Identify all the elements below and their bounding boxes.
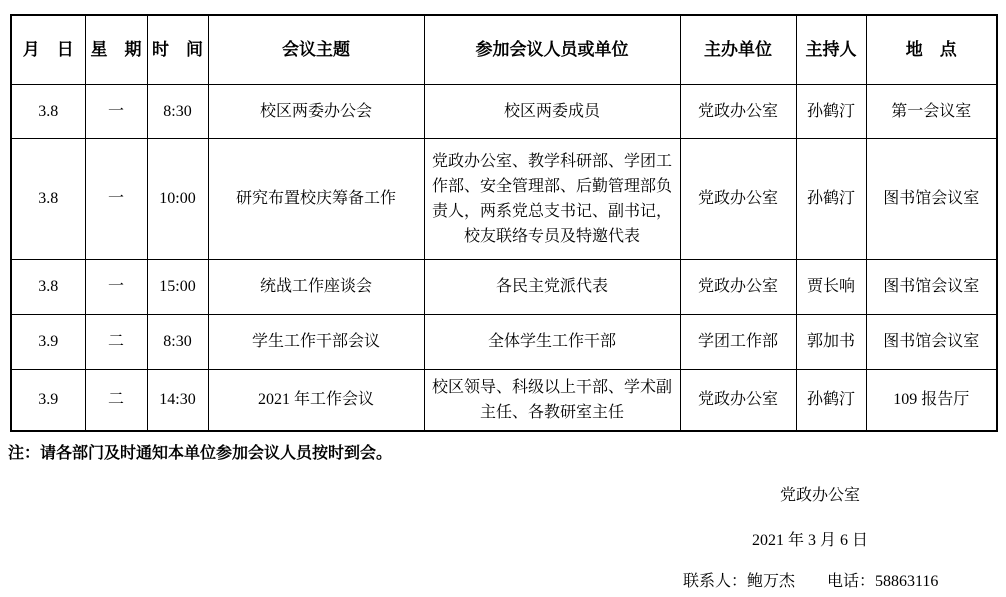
cell-time: 10:00 — [147, 138, 208, 259]
header-cell-weekday: 星 期 — [85, 15, 147, 84]
cell-date: 3.9 — [11, 314, 85, 369]
cell-host: 贾长响 — [796, 259, 866, 314]
table-row: 3.8 一 8:30 校区两委办公会 校区两委成员 党政办公室 孙鹤汀 第一会议… — [11, 84, 997, 138]
cell-date: 3.8 — [11, 84, 85, 138]
cell-time: 14:30 — [147, 369, 208, 431]
cell-date: 3.8 — [11, 259, 85, 314]
cell-participants: 各民主党派代表 — [424, 259, 680, 314]
cell-topic: 校区两委办公会 — [208, 84, 424, 138]
cell-topic: 研究布置校庆筹备工作 — [208, 138, 424, 259]
header-cell-host: 主持人 — [796, 15, 866, 84]
cell-location: 109 报告厅 — [866, 369, 997, 431]
header-cell-organizer: 主办单位 — [680, 15, 796, 84]
cell-weekday: 二 — [85, 314, 147, 369]
table-row: 3.9 二 14:30 2021 年工作会议 校区领导、科级以上干部、学术副主任… — [11, 369, 997, 431]
cell-date: 3.8 — [11, 138, 85, 259]
cell-participants: 校区领导、科级以上干部、学术副主任、各教研室主任 — [424, 369, 680, 431]
cell-topic: 统战工作座谈会 — [208, 259, 424, 314]
cell-topic: 2021 年工作会议 — [208, 369, 424, 431]
cell-time: 8:30 — [147, 314, 208, 369]
meeting-schedule-page: 月 日 星 期 时 间 会议主题 参加会议人员或单位 主办单位 主持人 地 点 … — [0, 0, 1006, 597]
meeting-schedule-table: 月 日 星 期 时 间 会议主题 参加会议人员或单位 主办单位 主持人 地 点 … — [10, 14, 998, 432]
table-row: 3.9 二 8:30 学生工作干部会议 全体学生工作干部 学团工作部 郭加书 图… — [11, 314, 997, 369]
header-cell-participants: 参加会议人员或单位 — [424, 15, 680, 84]
cell-weekday: 一 — [85, 259, 147, 314]
signature-office: 党政办公室 — [780, 482, 860, 505]
cell-location: 图书馆会议室 — [866, 259, 997, 314]
signature-contact: 联系人：鲍万杰 电话：58863116 — [683, 568, 938, 591]
signature-date: 2021 年 3 月 6 日 — [752, 527, 868, 550]
cell-time: 15:00 — [147, 259, 208, 314]
table-row: 3.8 一 10:00 研究布置校庆筹备工作 党政办公室、教学科研部、学团工作部… — [11, 138, 997, 259]
cell-organizer: 党政办公室 — [680, 84, 796, 138]
cell-time: 8:30 — [147, 84, 208, 138]
cell-host: 孙鹤汀 — [796, 84, 866, 138]
cell-host: 郭加书 — [796, 314, 866, 369]
header-cell-time: 时 间 — [147, 15, 208, 84]
cell-weekday: 一 — [85, 138, 147, 259]
cell-organizer: 党政办公室 — [680, 369, 796, 431]
cell-date: 3.9 — [11, 369, 85, 431]
cell-organizer: 学团工作部 — [680, 314, 796, 369]
cell-participants: 党政办公室、教学科研部、学团工作部、安全管理部、后勤管理部负责人，两系党总支书记… — [424, 138, 680, 259]
cell-weekday: 一 — [85, 84, 147, 138]
cell-organizer: 党政办公室 — [680, 138, 796, 259]
cell-participants: 校区两委成员 — [424, 84, 680, 138]
table-header-row: 月 日 星 期 时 间 会议主题 参加会议人员或单位 主办单位 主持人 地 点 — [11, 15, 997, 84]
cell-weekday: 二 — [85, 369, 147, 431]
cell-location: 图书馆会议室 — [866, 138, 997, 259]
cell-topic: 学生工作干部会议 — [208, 314, 424, 369]
cell-location: 图书馆会议室 — [866, 314, 997, 369]
note-line: 注：请各部门及时通知本单位参加会议人员按时到会。 — [8, 440, 392, 463]
cell-participants: 全体学生工作干部 — [424, 314, 680, 369]
header-cell-location: 地 点 — [866, 15, 997, 84]
cell-location: 第一会议室 — [866, 84, 997, 138]
header-cell-date: 月 日 — [11, 15, 85, 84]
table-row: 3.8 一 15:00 统战工作座谈会 各民主党派代表 党政办公室 贾长响 图书… — [11, 259, 997, 314]
header-cell-topic: 会议主题 — [208, 15, 424, 84]
cell-host: 孙鹤汀 — [796, 369, 866, 431]
cell-organizer: 党政办公室 — [680, 259, 796, 314]
cell-host: 孙鹤汀 — [796, 138, 866, 259]
